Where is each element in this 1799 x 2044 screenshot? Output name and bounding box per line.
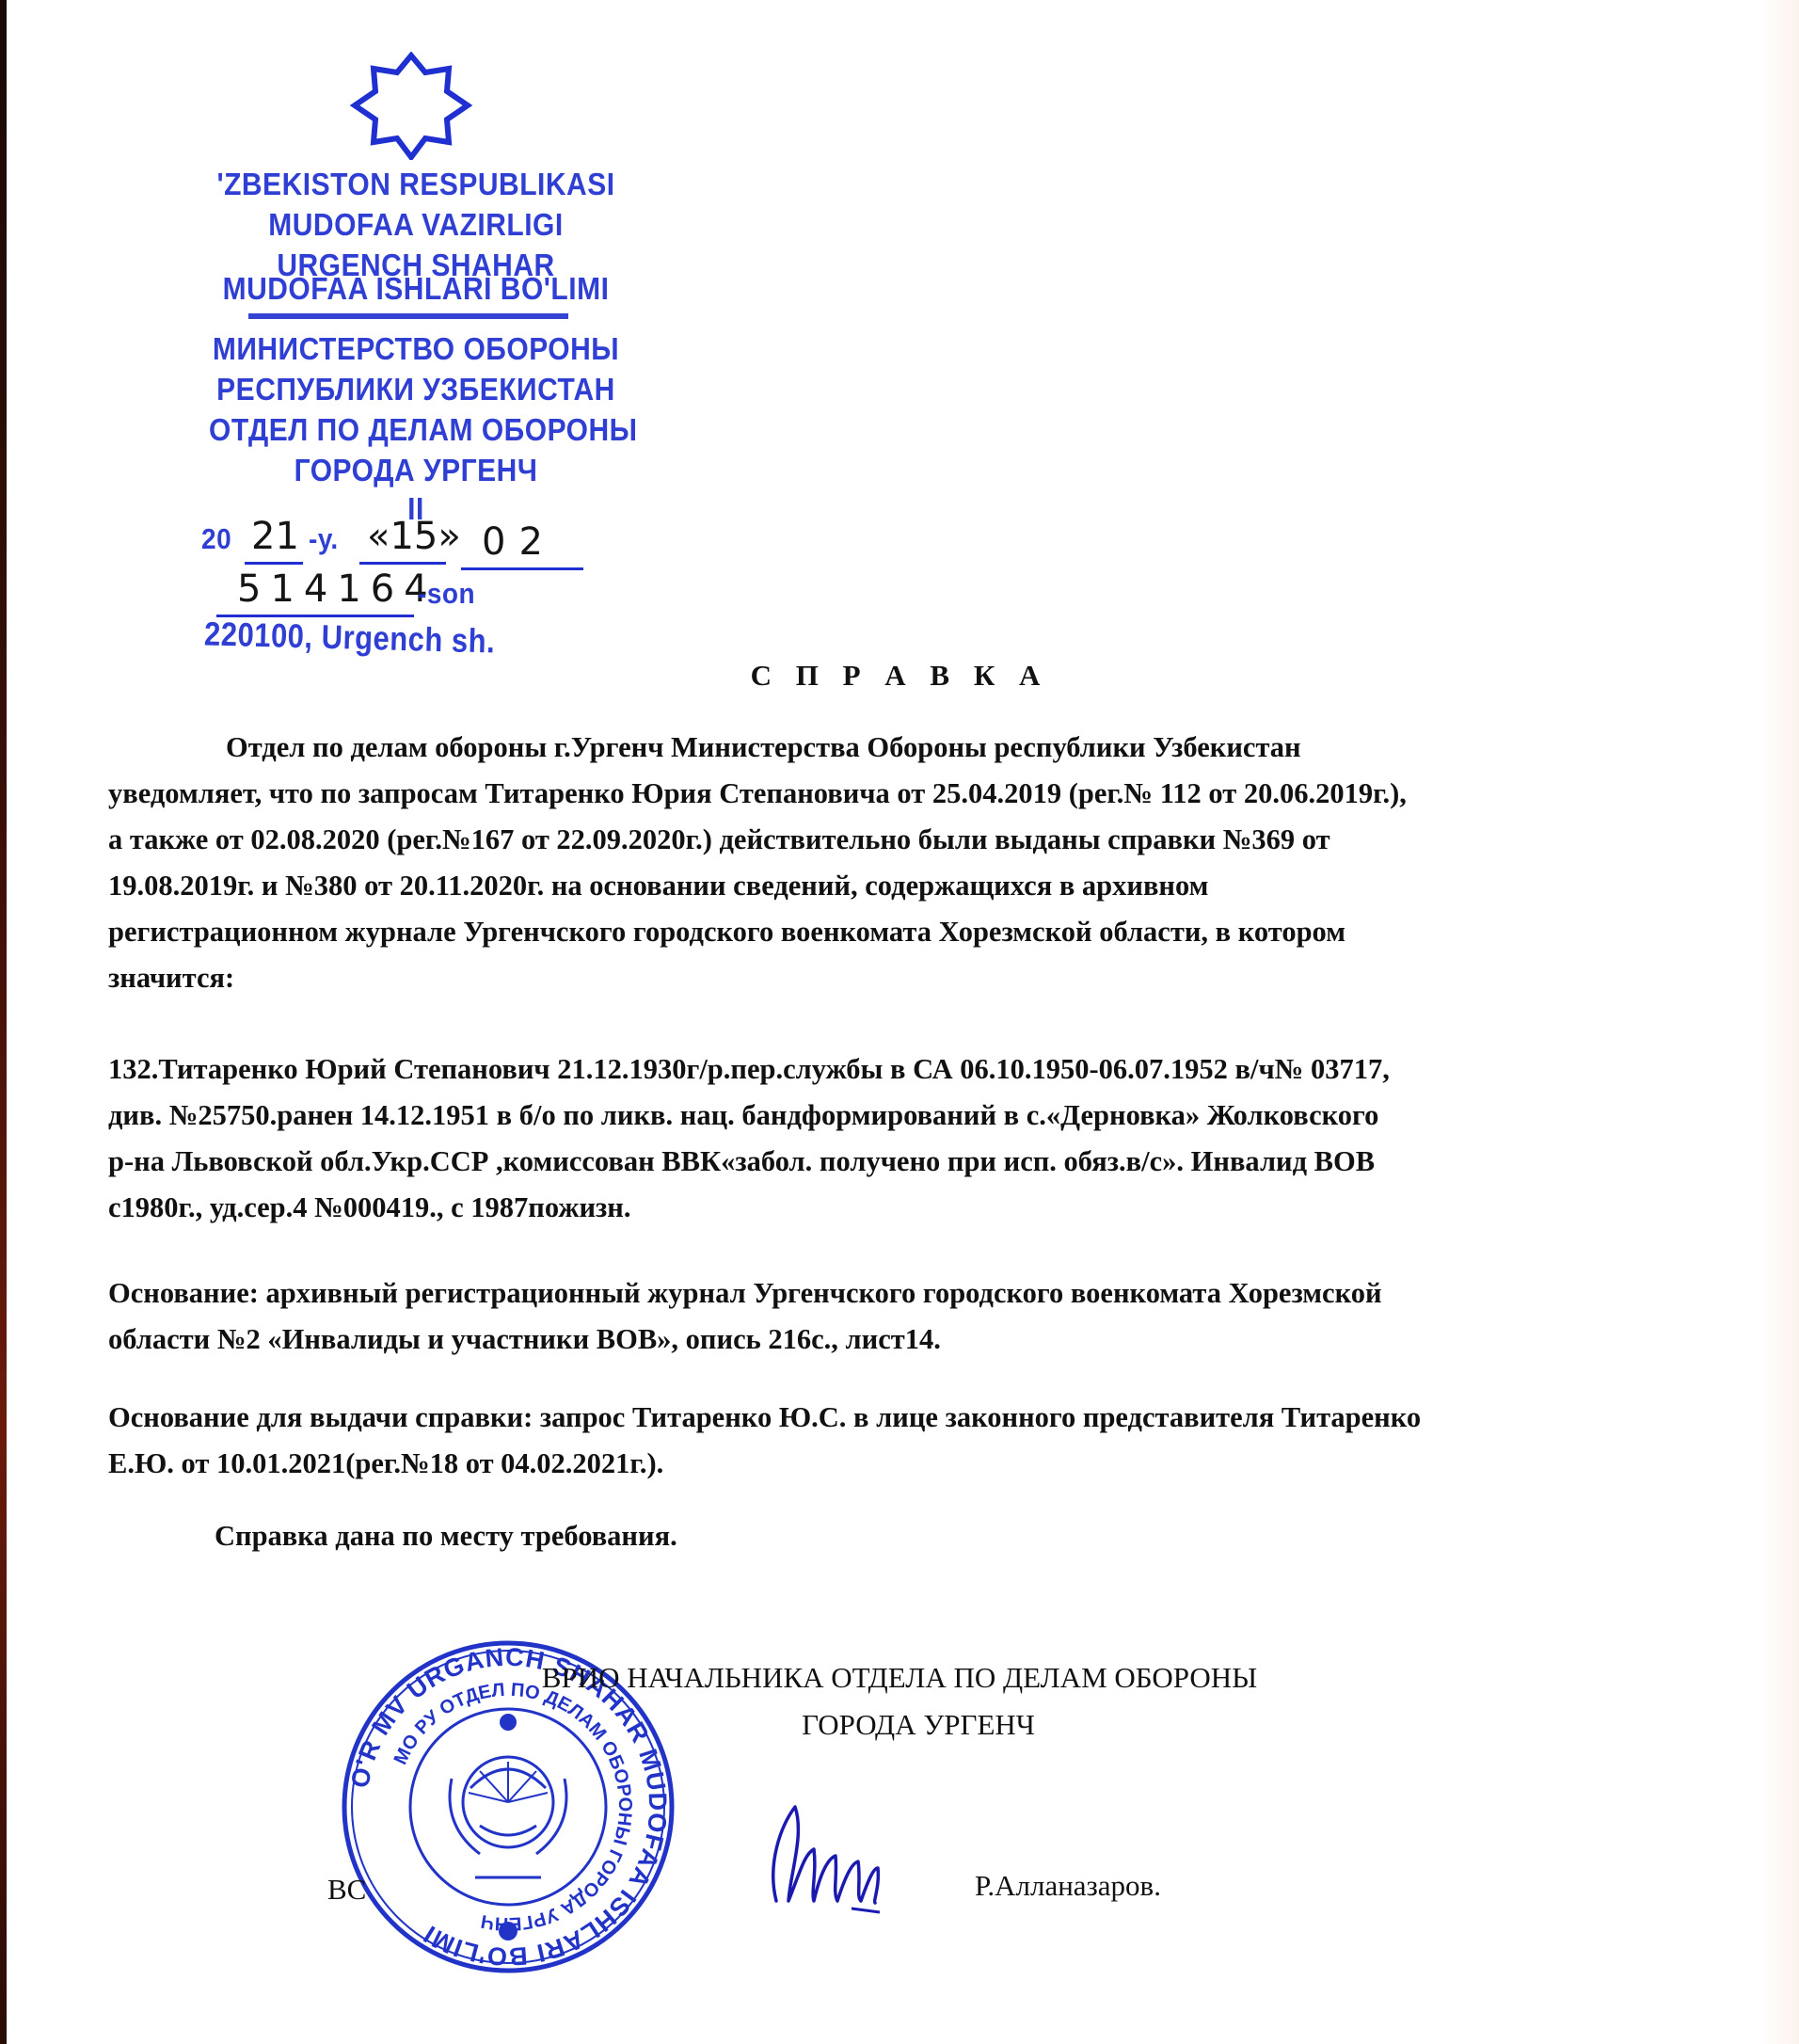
signatory-position-line1: ВРИО НАЧАЛЬНИКА ОТДЕЛА ПО ДЕЛАМ ОБОРОНЫ (0, 1661, 1799, 1695)
record-line: 132.Титаренко Юрий Степанович 21.12.1930… (108, 1046, 1708, 1093)
stamp-date-year: 21 (251, 515, 299, 558)
stamp-line-cyr-2: РЕСПУБЛИКИ УЗБЕКИСТАН (209, 373, 623, 407)
stamp-date-year-suffix: -у. (309, 522, 339, 555)
stamp-outgoing-number: 514164 (237, 567, 438, 611)
intro-line: значится: (108, 955, 1708, 1001)
basis-line: области №2 «Инвалиды и участники ВОВ», о… (108, 1317, 1708, 1363)
stamp-line-latin-4: MUDOFAA ISHLARI BO'LIMI (209, 272, 623, 307)
issue-basis-paragraph: Основание для выдачи справки: запрос Тит… (108, 1395, 1708, 1487)
stamp-address: 220100, Urgench sh. (204, 615, 496, 661)
document-title: С П Р А В К А (0, 659, 1799, 693)
basis-paragraph: Основание: архивный регистрационный журн… (108, 1270, 1708, 1363)
official-header-stamp: 'ZBEKISTON RESPUBLIKASI MUDOFAA VAZIRLIG… (209, 52, 623, 654)
stamp-underline (359, 562, 446, 565)
intro-line: регистрационном журнале Ургенчского горо… (108, 909, 1708, 955)
record-line: р-на Львовской обл.Укр.ССР ,комиссован В… (108, 1139, 1708, 1185)
intro-line: Отдел по делам обороны г.Ургенч Министер… (108, 725, 1708, 771)
stamp-line-cyr-1: МИНИСТЕРСТВО ОБОРОНЫ (209, 332, 623, 367)
intro-paragraph: Отдел по делам обороны г.Ургенч Министер… (108, 725, 1708, 1001)
handwritten-signature (762, 1797, 894, 1920)
signatory-rank: ВС (327, 1873, 366, 1907)
scan-edge-left (0, 0, 7, 2044)
stamp-divider (248, 313, 568, 319)
signatory-position-line2: ГОРОДА УРГЕНЧ (19, 1708, 1799, 1742)
stamp-line-latin-2: MUDOFAA VAZIRLIGI (209, 208, 623, 243)
record-paragraph: 132.Титаренко Юрий Степанович 21.12.1930… (108, 1046, 1708, 1231)
record-line: див. №25750.ранен 14.12.1951 в б/о по ли… (108, 1093, 1708, 1139)
stamp-line-cyr-4: ГОРОДА УРГЕНЧ (209, 454, 623, 488)
stamp-date-prefix: 20 (201, 522, 231, 555)
intro-line: уведомляет, что по запросам Титаренко Юр… (108, 771, 1708, 817)
stamp-date-day: «15» (367, 515, 461, 558)
stamp-underline (245, 562, 303, 565)
issue-basis-line: Е.Ю. от 10.01.2021(рег.№18 от 04.02.2021… (108, 1441, 1708, 1487)
closing-line: Справка дана по месту требования. (215, 1513, 1799, 1559)
stamp-date-month: 02 (482, 520, 556, 564)
stamp-underline (461, 567, 583, 570)
intro-line: а также от 02.08.2020 (рег.№167 от 22.09… (108, 817, 1708, 863)
octagram-star-icon (336, 52, 486, 160)
signatory-name: Р.Алланазаров. (975, 1869, 1161, 1903)
basis-line: Основание: архивный регистрационный журн… (108, 1270, 1708, 1317)
closing-paragraph: Справка дана по месту требования. (215, 1513, 1799, 1559)
stamp-line-cyr-3: ОТДЕЛ ПО ДЕЛАМ ОБОРОНЫ (209, 413, 623, 448)
record-line: с1980г., уд.сер.4 №000419., с 1987пожизн… (108, 1185, 1708, 1231)
intro-line: 19.08.2019г. и №380 от 20.11.2020г. на о… (108, 863, 1708, 909)
stamp-number-suffix: -son (418, 577, 475, 610)
stamp-line-latin-1: 'ZBEKISTON RESPUBLIKASI (209, 168, 623, 202)
issue-basis-line: Основание для выдачи справки: запрос Тит… (108, 1395, 1708, 1441)
